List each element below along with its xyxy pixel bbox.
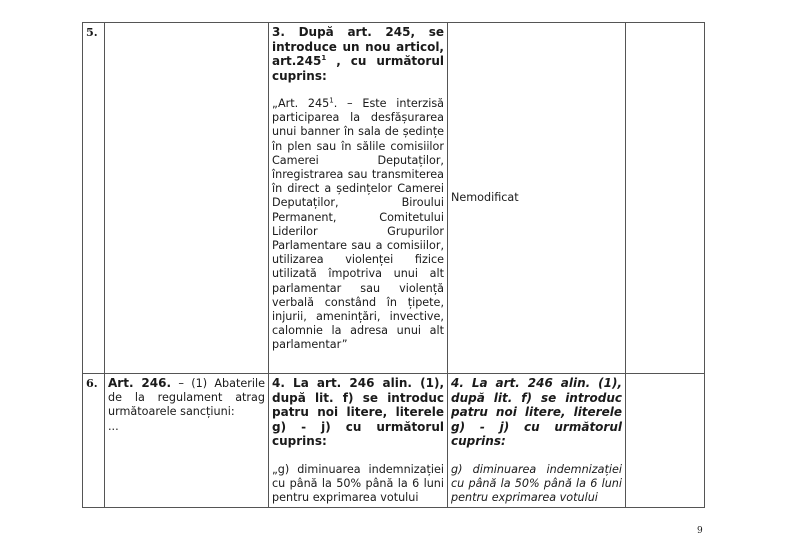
proposal-text: „Art. 2451. – Este interzisă participare… xyxy=(272,97,444,353)
amendments-table: 5. 3. După art. 245, se introduce un nou… xyxy=(82,22,705,508)
row-number: 5. xyxy=(83,23,105,374)
proposal-cell: 4. La art. 246 alin. (1), după lit. f) s… xyxy=(269,374,448,508)
notes-cell xyxy=(626,374,705,508)
amended-heading: 4. La art. 246 alin. (1), după lit. f) s… xyxy=(451,376,622,449)
existing-text-cell: Art. 246. – (1) Abaterile de la regulame… xyxy=(105,374,269,508)
amended-cell: 4. La art. 246 alin. (1), după lit. f) s… xyxy=(448,374,626,508)
table-row: 5. 3. După art. 245, se introduce un nou… xyxy=(83,23,705,374)
notes-cell xyxy=(626,23,705,374)
table-row: 6. Art. 246. – (1) Abaterile de la regul… xyxy=(83,374,705,508)
article-title: Art. 246. xyxy=(108,376,171,390)
existing-text-cell xyxy=(105,23,269,374)
proposal-heading: 3. După art. 245, se introduce un nou ar… xyxy=(272,25,444,83)
ellipsis: ... xyxy=(108,420,265,434)
proposal-cell: 3. După art. 245, se introduce un nou ar… xyxy=(269,23,448,374)
page-number: 9 xyxy=(697,526,703,536)
row-number: 6. xyxy=(83,374,105,508)
amended-cell: Nemodificat xyxy=(448,23,626,374)
proposal-heading: 4. La art. 246 alin. (1), după lit. f) s… xyxy=(272,376,444,449)
proposal-text: „g) diminuarea indemnizației cu până la … xyxy=(272,463,444,506)
amended-text: g) diminuarea indemnizației cu până la 5… xyxy=(451,463,622,506)
